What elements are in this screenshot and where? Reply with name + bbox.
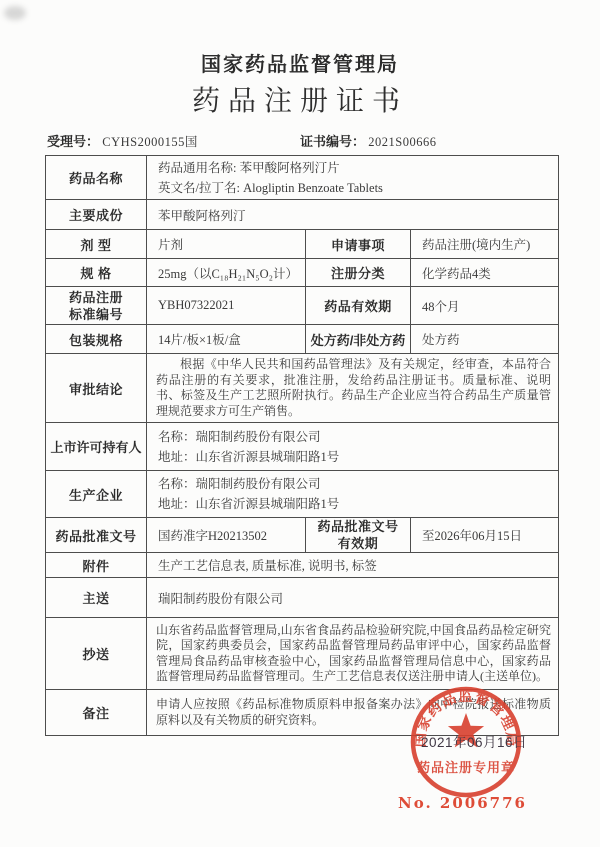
- registration-class-label: 注册分类: [306, 259, 411, 287]
- approval-no-validity-label-line1: 药品批准文号: [306, 518, 410, 535]
- package-label: 包装规格: [46, 325, 147, 354]
- dosage-form-value: 片剂: [147, 230, 306, 259]
- certificate-page: 国家药品监督管理局 药品注册证书 受理号： CYHS2000155国 证书编号：…: [0, 0, 600, 847]
- acceptance-number-group: 受理号： CYHS2000155国: [47, 131, 198, 150]
- license-holder-value: 名称：瑞阳制药股份有限公司 地址：山东省沂源县城瑞阳路1号: [147, 423, 559, 471]
- table-row: 主要成份 苯甲酸阿格列汀: [46, 200, 559, 230]
- validity-value: 48个月: [411, 287, 559, 325]
- registration-table: 药品名称 药品通用名称: 苯甲酸阿格列汀片 英文名/拉丁名: Aloglipti…: [45, 155, 559, 736]
- main-recipient-value: 瑞阳制药股份有限公司: [147, 578, 559, 618]
- main-ingredient-label: 主要成份: [46, 200, 147, 230]
- table-row: 生产企业 名称：瑞阳制药股份有限公司 地址：山东省沂源县城瑞阳路1号: [46, 471, 559, 518]
- specification-value: 25mg（以C₁₈H₂₁N₅O₂计）: [147, 259, 306, 287]
- main-ingredient-value: 苯甲酸阿格列汀: [147, 200, 559, 230]
- acceptance-label: 受理号：: [47, 134, 99, 149]
- scan-smudge: [4, 6, 26, 20]
- registration-class-value: 化学药品4类: [411, 259, 559, 287]
- certificate-number-group: 证书编号： 2021S00666: [300, 131, 436, 150]
- license-holder-name: 名称：瑞阳制药股份有限公司: [158, 427, 552, 447]
- application-matter-label: 申请事项: [306, 230, 411, 259]
- manufacturer-value: 名称：瑞阳制药股份有限公司 地址：山东省沂源县城瑞阳路1号: [147, 471, 559, 518]
- approval-no-validity-label: 药品批准文号 有效期: [306, 518, 411, 553]
- table-row: 药品注册 标准编号 YBH07322021 药品有效期 48个月: [46, 287, 559, 325]
- dosage-form-label: 剂 型: [46, 230, 147, 259]
- approval-conclusion-value: 根据《中华人民共和国药品管理法》及有关规定，经审查，本品符合药品注册的有关要求，…: [147, 354, 559, 423]
- attachments-label: 附件: [46, 553, 147, 578]
- table-row: 规 格 25mg（以C₁₈H₂₁N₅O₂计） 注册分类 化学药品4类: [46, 259, 559, 287]
- certificate-number: 2021S00666: [368, 135, 436, 149]
- table-row: 上市许可持有人 名称：瑞阳制药股份有限公司 地址：山东省沂源县城瑞阳路1号: [46, 423, 559, 471]
- approval-no-value: 国药准字H20213502: [147, 518, 306, 553]
- acceptance-number: CYHS2000155国: [102, 135, 198, 149]
- seal-type-text: 药品注册专用章: [417, 760, 515, 775]
- manufacturer-name: 名称：瑞阳制药股份有限公司: [158, 474, 552, 494]
- manufacturer-address: 地址：山东省沂源县城瑞阳路1号: [158, 494, 552, 514]
- package-value: 14片/板×1板/盒: [147, 325, 306, 354]
- standard-no-label-line1: 药品注册: [46, 289, 146, 306]
- attachments-value: 生产工艺信息表, 质量标准, 说明书, 标签: [147, 553, 559, 578]
- table-row: 剂 型 片剂 申请事项 药品注册(境内生产): [46, 230, 559, 259]
- application-matter-value: 药品注册(境内生产): [411, 230, 559, 259]
- cc-label: 抄送: [46, 618, 147, 690]
- table-row: 药品名称 药品通用名称: 苯甲酸阿格列汀片 英文名/拉丁名: Aloglipti…: [46, 156, 559, 200]
- remarks-label: 备注: [46, 690, 147, 736]
- standard-no-label: 药品注册 标准编号: [46, 287, 147, 325]
- drug-name-label: 药品名称: [46, 156, 147, 200]
- reference-row: 受理号： CYHS2000155国 证书编号： 2021S00666: [45, 131, 558, 149]
- drug-generic-name: 药品通用名称: 苯甲酸阿格列汀片: [158, 158, 552, 178]
- approval-no-validity-label-line2: 有效期: [306, 535, 410, 552]
- table-row: 包装规格 14片/板×1板/盒 处方药/非处方药 处方药: [46, 325, 559, 354]
- rx-otc-value: 处方药: [411, 325, 559, 354]
- drug-name-value: 药品通用名称: 苯甲酸阿格列汀片 英文名/拉丁名: Alogliptin Ben…: [147, 156, 559, 200]
- approval-date: 2021年06月16日: [421, 731, 527, 751]
- approval-no-label: 药品批准文号: [46, 518, 147, 553]
- agency-title: 国家药品监督管理局: [0, 48, 600, 77]
- approval-conclusion-label: 审批结论: [46, 354, 147, 423]
- table-row: 药品批准文号 国药准字H20213502 药品批准文号 有效期 至2026年06…: [46, 518, 559, 553]
- specification-label: 规 格: [46, 259, 147, 287]
- main-recipient-label: 主送: [46, 578, 147, 618]
- certificate-label: 证书编号：: [300, 134, 365, 149]
- table-row: 审批结论 根据《中华人民共和国药品管理法》及有关规定，经审查，本品符合药品注册的…: [46, 354, 559, 423]
- standard-no-label-line2: 标准编号: [46, 306, 146, 323]
- license-holder-address: 地址：山东省沂源县城瑞阳路1号: [158, 447, 552, 467]
- standard-no-value: YBH07322021: [147, 287, 306, 325]
- manufacturer-label: 生产企业: [46, 471, 147, 518]
- drug-english-name: 英文名/拉丁名: Alogliptin Benzoate Tablets: [158, 178, 552, 198]
- table-row: 附件 生产工艺信息表, 质量标准, 说明书, 标签: [46, 553, 559, 578]
- cc-value: 山东省药品监督管理局,山东省食品药品检验研究院,中国食品药品检定研究院，国家药典…: [147, 618, 559, 690]
- license-holder-label: 上市许可持有人: [46, 423, 147, 471]
- approval-no-validity-value: 至2026年06月15日: [411, 518, 559, 553]
- table-row: 主送 瑞阳制药股份有限公司: [46, 578, 559, 618]
- document-title: 药品注册证书: [0, 79, 600, 119]
- validity-label: 药品有效期: [306, 287, 411, 325]
- rx-otc-label: 处方药/非处方药: [306, 325, 411, 354]
- certificate-serial-number: No. 2006776: [398, 794, 527, 812]
- table-row: 抄送 山东省药品监督管理局,山东省食品药品检验研究院,中国食品药品检定研究院，国…: [46, 618, 559, 690]
